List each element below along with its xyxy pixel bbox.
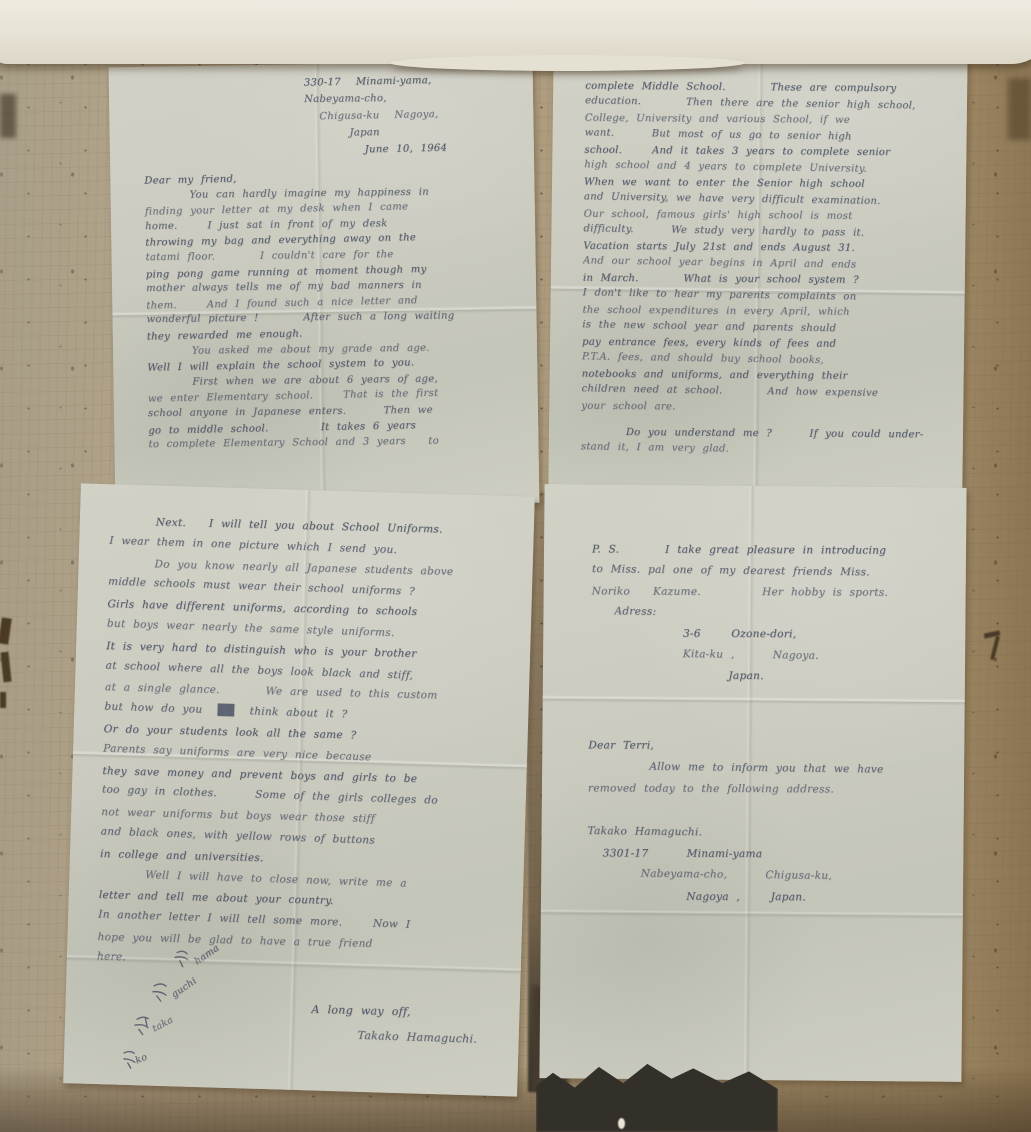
hand-line: Allow me to inform you that we have [588,755,946,781]
sender-address-block: 330-17 Minami-yama,Nabeyama-cho, Chigusa… [304,72,448,159]
hand-line: Dear Terri, [588,735,946,758]
hand-line: Kita-ku , Nagoya. [591,643,945,668]
wood-shadow-mark [1008,78,1031,140]
hand-line: to complete Elementary School and 3 year… [148,433,522,453]
letter-body-page-2: complete Middle School. These are compul… [581,78,954,460]
wood-stain-mark [0,692,6,708]
letter-page-1: 330-17 Minami-yama,Nabeyama-cho, Chigusa… [109,61,540,510]
letter-body-page-1: Dear my friend, You can hardly imagine m… [144,167,522,454]
hand-line: to Miss. pal one of my dearest friends M… [592,559,946,584]
postscript-block: P. S. I take great pleasure in introduci… [591,539,946,689]
change-of-address-note: Dear Terri, Allow me to inform you that … [587,735,946,910]
letter-page-2: complete Middle School. These are compul… [548,39,967,496]
hand-line: June 10, 1964 [305,140,448,160]
hand-line: Nagoya , Japan. [587,886,945,909]
hand-line: Nabeyama-cho, Chigusa-ku, [587,863,945,889]
hand-line: Adress: [591,601,945,626]
hand-line: 3-6 Ozone-dori, [591,623,945,646]
letter-body-page-3: Next. I will tell you about School Unifo… [97,510,520,979]
wood-shadow-mark [0,94,16,138]
letter-page-3: Next. I will tell you about School Unifo… [63,483,535,1096]
hand-line: P. S. I take great pleasure in introduci… [592,539,946,562]
hand-line: Japan. [591,665,945,688]
name-kanji-annotation: hamaguchitakako [121,947,340,1088]
white-cloth-top [0,0,1031,64]
hand-line: Noriko Kazume. Her hobby is sports. [592,581,946,604]
photo-of-handwritten-letters: 330-17 Minami-yama,Nabeyama-cho, Chigusa… [0,0,1031,1132]
white-speck [618,1118,625,1129]
hand-line: Takako Hamaguchi. [587,798,945,845]
hand-line: removed today to the following address. [588,778,946,801]
hand-line: 3301-17 Minami-yama [587,843,945,866]
letter-page-4: P. S. I take great pleasure in introduci… [539,484,966,1082]
